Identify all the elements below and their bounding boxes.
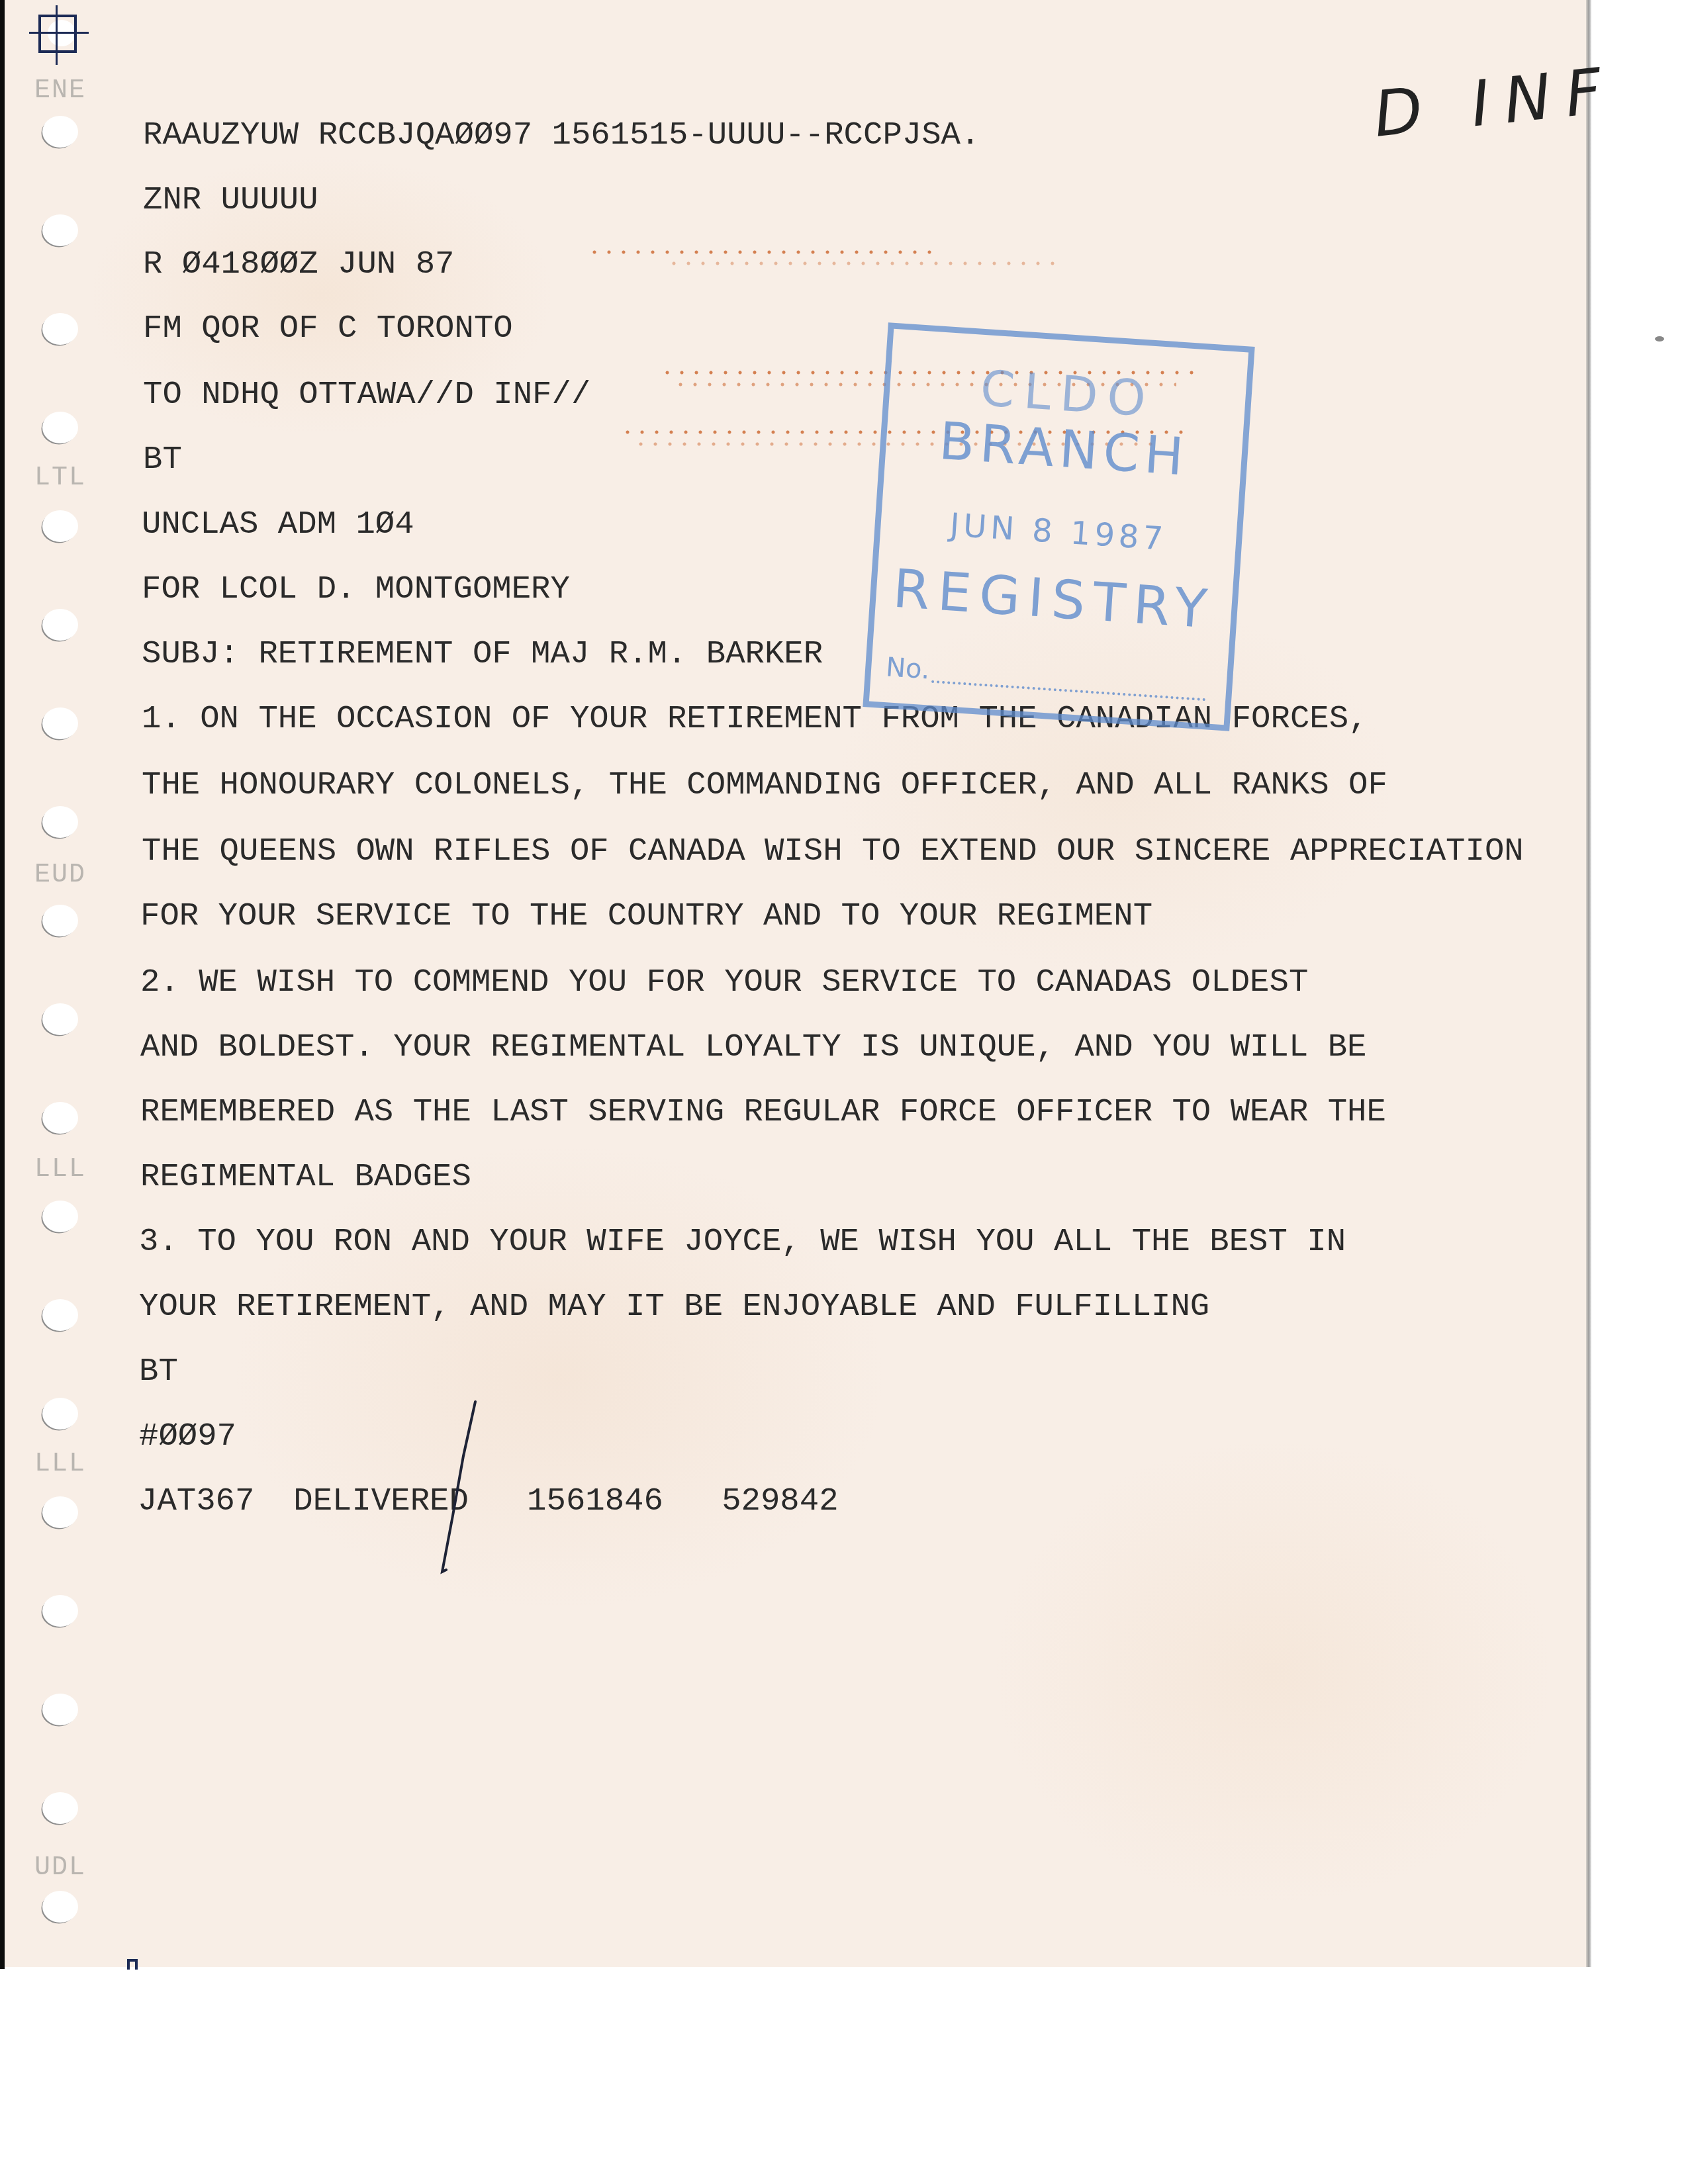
sprocket-hole	[42, 1201, 78, 1232]
sprocket-hole	[42, 214, 78, 246]
sprocket-hole	[42, 313, 78, 345]
message-line: R Ø418ØØZ JUN 87	[143, 248, 454, 281]
message-line: JAT367 DELIVERED 1561846 529842	[138, 1485, 839, 1518]
message-line: ZNR UUUUU	[143, 184, 318, 216]
scan-speck	[1655, 336, 1664, 341]
sprocket-hole	[42, 412, 78, 443]
sprocket-hole	[42, 806, 78, 838]
message-line: 2. WE WISH TO COMMEND YOU FOR YOUR SERVI…	[140, 966, 1308, 999]
sprocket-hole	[42, 510, 78, 542]
message-line: 3. TO YOU RON AND YOUR WIFE JOYCE, WE WI…	[139, 1226, 1346, 1258]
message-line: RAAUZYUW RCCBJQAØØ97 1561515-UUUU--RCCPJ…	[143, 119, 980, 152]
sprocket-hole	[42, 1398, 78, 1430]
message-line: FOR YOUR SERVICE TO THE COUNTRY AND TO Y…	[140, 900, 1152, 933]
message-line: BT	[139, 1355, 178, 1388]
scan-edge	[0, 0, 5, 1969]
sprocket-hole	[42, 1792, 78, 1824]
sprocket-hole	[42, 1496, 78, 1528]
stamp-number-label: No.	[885, 652, 931, 685]
sprocket-hole	[42, 707, 78, 739]
paper-edge-shadow	[1586, 0, 1591, 1967]
rust-stain	[667, 261, 1064, 265]
stamp-date: JUN 8 1987	[880, 502, 1237, 562]
message-line: UNCLAS ADM 1Ø4	[142, 508, 414, 541]
sprocket-hole	[42, 609, 78, 641]
sprocket-hole	[42, 1102, 78, 1134]
message-line: AND BOLDEST. YOUR REGIMENTAL LOYALTY IS …	[140, 1031, 1367, 1064]
message-line: THE HONOURARY COLONELS, THE COMMANDING O…	[142, 769, 1387, 801]
sprocket-hole	[42, 1694, 78, 1725]
message-line: YOUR RETIREMENT, AND MAY IT BE ENJOYABLE…	[139, 1291, 1209, 1323]
stamp-number-field	[931, 680, 1205, 701]
stamp-registry: REGISTRY	[874, 557, 1233, 641]
margin-code: ENE	[34, 76, 86, 106]
message-line: SUBJ: RETIREMENT OF MAJ R.M. BARKER	[142, 638, 823, 670]
sprocket-hole	[42, 1595, 78, 1627]
message-line: REMEMBERED AS THE LAST SERVING REGULAR F…	[140, 1096, 1386, 1128]
margin-code: LTL	[34, 463, 86, 493]
message-line: #ØØ97	[139, 1420, 236, 1453]
message-line: BT	[143, 443, 182, 476]
rust-stain	[587, 250, 931, 254]
message-line: REGIMENTAL BADGES	[140, 1161, 471, 1193]
registration-mark-icon	[38, 15, 77, 53]
message-line: TO NDHQ OTTAWA//D INF//	[143, 379, 590, 411]
registration-mark-icon	[127, 1959, 138, 1970]
sprocket-hole	[42, 1003, 78, 1035]
message-line: FM QOR OF C TORONTO	[143, 312, 513, 345]
sprocket-hole	[42, 1891, 78, 1923]
margin-code: LLL	[34, 1449, 86, 1479]
sprocket-hole	[42, 1299, 78, 1331]
registry-stamp: CLDO BRANCH JUN 8 1987 REGISTRY No.	[863, 322, 1254, 731]
margin-code: EUD	[34, 860, 86, 890]
message-line: THE QUEENS OWN RIFLES OF CANADA WISH TO …	[142, 835, 1524, 868]
message-line: FOR LCOL D. MONTGOMERY	[142, 573, 570, 606]
sprocket-hole	[42, 116, 78, 148]
margin-code: UDL	[34, 1853, 86, 1883]
sprocket-hole	[42, 905, 78, 936]
margin-code: LLL	[34, 1155, 86, 1185]
